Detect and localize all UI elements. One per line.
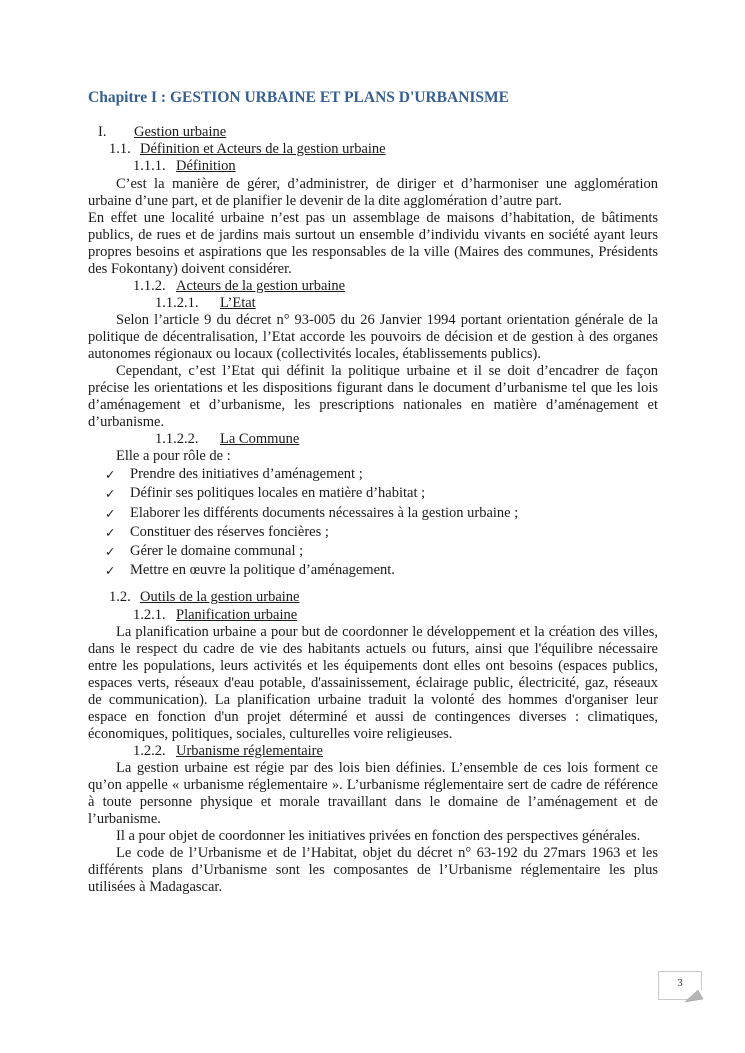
heading-etat: 1.1.2.1.L’Etat: [155, 295, 658, 312]
list-item-label: Elaborer les différents documents nécess…: [130, 504, 518, 523]
heading-number: 1.1.: [109, 141, 140, 158]
paragraph-etat-2: Cependant, c’est l’Etat qui définit la p…: [88, 363, 658, 431]
list-item: ✓ Elaborer les différents documents néce…: [105, 504, 658, 523]
heading-label: Planification urbaine: [176, 607, 297, 623]
heading-number: I.: [98, 124, 134, 141]
list-item-label: Constituer des réserves foncières ;: [130, 523, 329, 542]
document-page: Chapitre I : GESTION URBAINE ET PLANS D'…: [0, 0, 745, 1053]
heading-label: Définition et Acteurs de la gestion urba…: [140, 141, 386, 157]
page-number-box: 3: [658, 971, 702, 1000]
heading-label: Outils de la gestion urbaine: [140, 589, 299, 605]
list-item: ✓ Mettre en œuvre la politique d’aménage…: [105, 561, 658, 580]
page-corner-fold-icon: [684, 986, 704, 1003]
heading-gestion-urbaine: I.Gestion urbaine: [98, 124, 658, 141]
list-item-label: Gérer le domaine communal ;: [130, 542, 303, 561]
heading-outils: 1.2.Outils de la gestion urbaine: [109, 589, 658, 606]
heading-urbanisme-reglementaire: 1.2.2.Urbanisme réglementaire: [133, 743, 658, 760]
chapter-title: Chapitre I : GESTION URBAINE ET PLANS D'…: [88, 88, 658, 108]
checkmark-icon: ✓: [105, 465, 130, 484]
heading-commune: 1.1.2.2.La Commune: [155, 431, 658, 448]
heading-number: 1.1.1.: [133, 158, 176, 175]
checkmark-icon: ✓: [105, 484, 130, 503]
heading-definition: 1.1.1.Définition: [133, 158, 658, 175]
heading-definition-acteurs: 1.1.Définition et Acteurs de la gestion …: [109, 141, 658, 158]
heading-acteurs: 1.1.2.Acteurs de la gestion urbaine: [133, 278, 658, 295]
heading-label: L’Etat: [220, 295, 256, 311]
list-item: ✓ Prendre des initiatives d’aménagement …: [105, 465, 658, 484]
paragraph-reglementaire-1: La gestion urbaine est régie par des loi…: [88, 760, 658, 828]
checkmark-icon: ✓: [105, 542, 130, 561]
heading-planification: 1.2.1.Planification urbaine: [133, 607, 658, 624]
checkmark-icon: ✓: [105, 504, 130, 523]
paragraph-reglementaire-3: Le code de l’Urbanisme et de l’Habitat, …: [88, 845, 658, 896]
page-number: 3: [677, 978, 682, 989]
paragraph-reglementaire-2: Il a pour objet de coordonner les initia…: [88, 828, 658, 845]
heading-number: 1.1.2.: [133, 278, 176, 295]
heading-number: 1.2.2.: [133, 743, 176, 760]
checkmark-icon: ✓: [105, 561, 130, 580]
paragraph-definition-2: En effet une localité urbaine n’est pas …: [88, 210, 658, 278]
heading-label: La Commune: [220, 431, 299, 447]
heading-label: Acteurs de la gestion urbaine: [176, 278, 345, 294]
list-item: ✓ Définir ses politiques locales en mati…: [105, 484, 658, 503]
commune-roles-list: ✓ Prendre des initiatives d’aménagement …: [88, 465, 658, 580]
list-item: ✓ Gérer le domaine communal ;: [105, 542, 658, 561]
heading-label: Gestion urbaine: [134, 124, 226, 140]
list-item-label: Définir ses politiques locales en matièr…: [130, 484, 425, 503]
heading-label: Urbanisme réglementaire: [176, 743, 323, 759]
heading-number: 1.2.1.: [133, 607, 176, 624]
heading-number: 1.2.: [109, 589, 140, 606]
heading-label: Définition: [176, 158, 236, 174]
page-content: Chapitre I : GESTION URBAINE ET PLANS D'…: [88, 88, 658, 896]
list-item-label: Mettre en œuvre la politique d’aménageme…: [130, 561, 395, 580]
paragraph-etat-1: Selon l’article 9 du décret n° 93-005 du…: [88, 312, 658, 363]
heading-number: 1.1.2.1.: [155, 295, 220, 312]
checkmark-icon: ✓: [105, 523, 130, 542]
list-item: ✓ Constituer des réserves foncières ;: [105, 523, 658, 542]
commune-roles-intro: Elle a pour rôle de :: [88, 448, 658, 465]
list-item-label: Prendre des initiatives d’aménagement ;: [130, 465, 363, 484]
paragraph-planification-1: La planification urbaine a pour but de c…: [88, 624, 658, 743]
paragraph-definition-1: C’est la manière de gérer, d’administrer…: [88, 176, 658, 210]
heading-number: 1.1.2.2.: [155, 431, 220, 448]
